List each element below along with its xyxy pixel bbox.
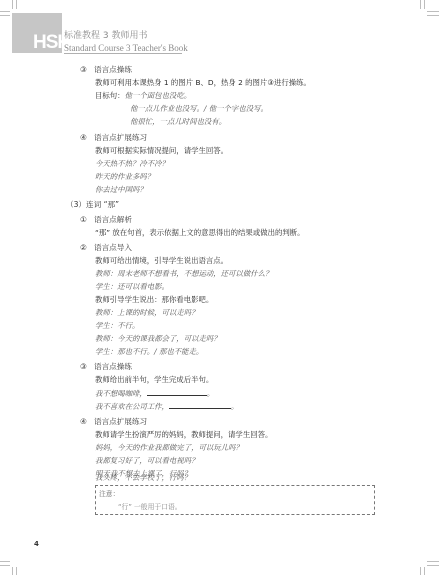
crop-mark-bottom-right-v1 [420,567,421,575]
example-sentence: 今天热不热？冷不冷？ [95,159,169,169]
fill-in-blank [147,388,207,396]
fill-in-prefix: 我不想喝咖啡， [95,389,147,398]
example-sentence: 妈妈，今天的作业我都做完了，可以玩儿吗？ [95,443,243,453]
example-sentence: 你去过中国吗？ [95,185,147,195]
example-sentence: 昨天的作业多吗？ [95,172,154,182]
dialogue-line: 教师：今天的课我都会了，可以走吗？ [95,334,221,344]
analysis-text: “那” 放在句首，表示依据上文的意思得出的结果或做出的判断。 [95,228,305,238]
example-sentence: 我都复习好了，可以看电视吗？ [95,456,198,466]
crop-mark-bottom-left-h1 [0,561,10,562]
crop-mark-bottom-left-v1 [12,567,13,575]
dialogue-line: 学生：不行。 [95,321,139,331]
crop-mark-top-left-v2 [16,0,17,9]
section-marker: ① [80,215,94,225]
part-title: （3）连词 “那” [66,200,119,210]
dialogue-line: 教师：周末老师不想看书，不想运动，还可以做什么？ [95,269,272,279]
crop-mark-bottom-left-h2 [0,565,10,566]
crop-mark-top-right-h1 [427,11,439,12]
section-heading: ③语言点操练 [80,65,132,75]
fill-in-suffix: 。 [207,389,214,398]
section-marker: ② [80,243,94,253]
dialogue-line: 学生：那也不行。/ 那也不能走。 [95,347,203,357]
dialogue-line: 学生：还可以看电影。 [95,282,169,292]
fill-in-blank [169,401,231,409]
section-heading-text: 语言点操练 [94,65,132,74]
instruction-text: 教师可利用本课热身 1 的图片 B、D，热身 2 的图片③进行操练。 [95,78,311,88]
section-heading-text: 语言点解析 [94,215,132,224]
example-sentence: 他一个面包也没吃。 [125,91,192,100]
section-heading: ①语言点解析 [80,215,132,225]
section-marker: ④ [80,133,94,143]
crop-mark-top-left-v1 [12,0,13,9]
section-heading-text: 语言点导入 [94,243,132,252]
section-heading: ④语言点扩展练习 [80,417,147,427]
section-marker: ③ [80,65,94,75]
crop-mark-bottom-right-h1 [427,561,439,562]
section-heading-text: 语言点扩展练习 [94,133,147,142]
section-marker: ③ [80,362,94,372]
dialogue-line: 教师：上课的时候，可以走吗？ [95,308,198,318]
header-rule [64,53,182,54]
crop-mark-bottom-left-v2 [16,567,17,575]
book-title-cn: 标准教程 3 教师用书 [64,31,147,42]
note-body: “行” 一般用于口语。 [118,501,182,511]
crop-mark-top-right-v2 [424,0,425,9]
section-heading-text: 语言点操练 [94,362,132,371]
crop-mark-bottom-right-h2 [427,565,439,566]
crop-mark-top-right-h2 [427,15,439,16]
section-heading-text: 语言点扩展练习 [94,417,147,426]
book-title-en: Standard Course 3 Teacher's Book [64,43,188,53]
instruction-text: 教师可根据实际情况提问，请学生回答。 [95,146,228,156]
note-title: 注意： [99,488,119,498]
section-heading: ③语言点操练 [80,362,132,372]
target-label: 目标句： [95,91,125,100]
guide-text: 教师引导学生说出：那你看电影吧。 [95,295,213,305]
section-marker: ④ [80,417,94,427]
fill-in-suffix: 。 [231,402,238,411]
instruction-text: 教师请学生扮演严厉的妈妈，教师提问，请学生回答。 [95,430,272,440]
section-heading: ②语言点导入 [80,243,132,253]
section-heading: ④语言点扩展练习 [80,133,147,143]
fill-in-prefix: 我不喜欢在公司工作， [95,402,169,411]
example-sentence: 他很忙，一点儿时间也没有。 [130,117,226,127]
instruction-text: 教师可给出情境，引导学生说出语言点。 [95,256,228,266]
crop-mark-top-right-v1 [420,0,421,9]
crop-mark-bottom-right-v2 [424,567,425,575]
target-sentence-row: 目标句：他一个面包也没吃。 [95,91,191,101]
page-number: 4 [34,540,39,548]
instruction-text: 教师给出前半句，学生完成后半句。 [95,375,213,385]
example-sentence: 他一点儿作业也没写。/ 他一个字也没写。 [130,104,268,114]
fill-in-row: 我不喜欢在公司工作，。 [95,401,238,412]
fill-in-row: 我不想喝咖啡，。 [95,388,214,399]
example-sentence: 我头疼，不去学校了，行吗？ [95,473,191,483]
crop-mark-top-left-h2 [0,15,10,16]
note-box: 注意： “行” 一般用于口语。 [95,485,375,515]
crop-mark-top-left-h1 [0,11,10,12]
